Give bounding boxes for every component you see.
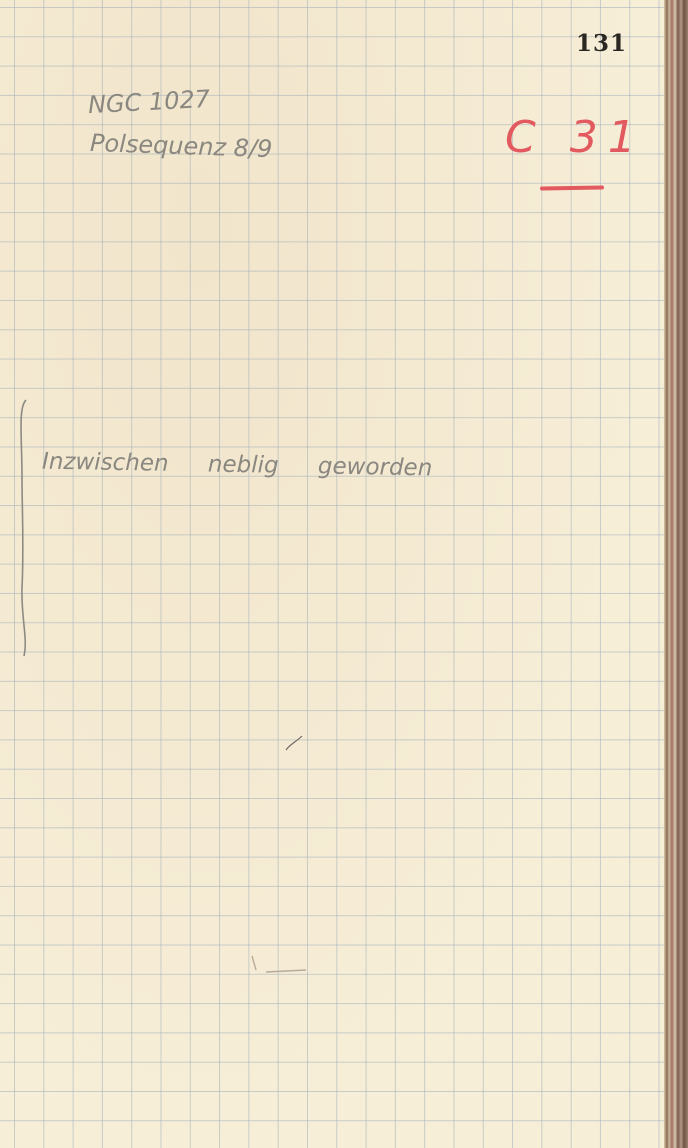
heading-object: NGC 1027 [87, 85, 210, 119]
page-number: 131 [576, 30, 627, 57]
observation-note: Inzwischen neblig geworden [42, 449, 433, 482]
brace-mark-icon [12, 398, 42, 660]
catalog-underline [540, 185, 604, 190]
pencil-stroke-icon [284, 734, 304, 754]
faint-mark-icon [246, 952, 366, 982]
heading-sequence: Polsequenz 8/9 [90, 129, 273, 163]
page-binding-edge [664, 0, 688, 1148]
catalog-label: C 31 [505, 112, 646, 163]
notebook-page: 131 NGC 1027 Polsequenz 8/9 C 31 Inzwisc… [0, 0, 664, 1148]
